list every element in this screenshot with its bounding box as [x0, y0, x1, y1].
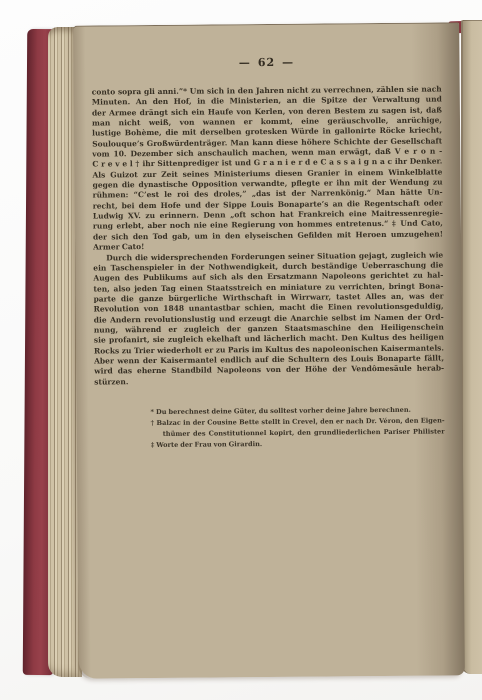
adjacent-page-edge [461, 20, 482, 674]
text-block: conto sopra gli anni.”* Um sich in den J… [92, 84, 445, 451]
paragraph: Durch die widersprechenden Forderungen s… [93, 250, 444, 388]
header-left-dash: — [239, 56, 251, 69]
footnote-line: ‡ Worte der Frau von Girardin. [95, 437, 445, 451]
book-page: —62— conto sopra gli anni.”* Um sich in … [73, 22, 465, 678]
page-header: —62— [73, 54, 459, 70]
footnotes: * Du berechnest deine Güter, du solltest… [94, 404, 444, 451]
page-number: 62 [258, 56, 275, 69]
photo-background: —62— conto sopra gli anni.”* Um sich in … [0, 0, 482, 700]
header-right-dash: — [282, 56, 294, 69]
paragraph: conto sopra gli anni.”* Um sich in den J… [92, 84, 443, 253]
